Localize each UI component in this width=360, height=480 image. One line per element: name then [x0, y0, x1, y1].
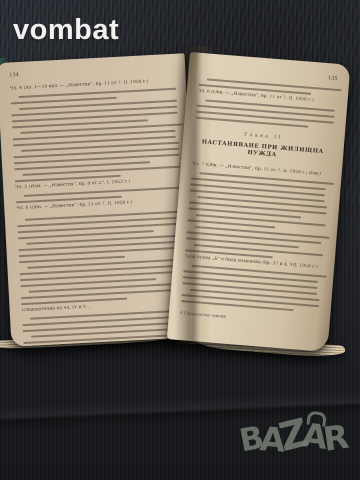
bazar-logo: BAZAR	[239, 419, 346, 456]
logo-letter: R	[322, 420, 348, 456]
vombat-watermark: vombat	[13, 16, 119, 45]
photo-scene: 134Чл. 4 (Ал. 1—10 вкл. — „Известия“, бр…	[0, 0, 360, 480]
right-page-text: 135Чл. 6 (Обн. — „Известия“, бр. 11 от 7…	[167, 52, 351, 352]
book-right-page: 135Чл. 6 (Обн. — „Известия“, бр. 11 от 7…	[167, 52, 351, 352]
